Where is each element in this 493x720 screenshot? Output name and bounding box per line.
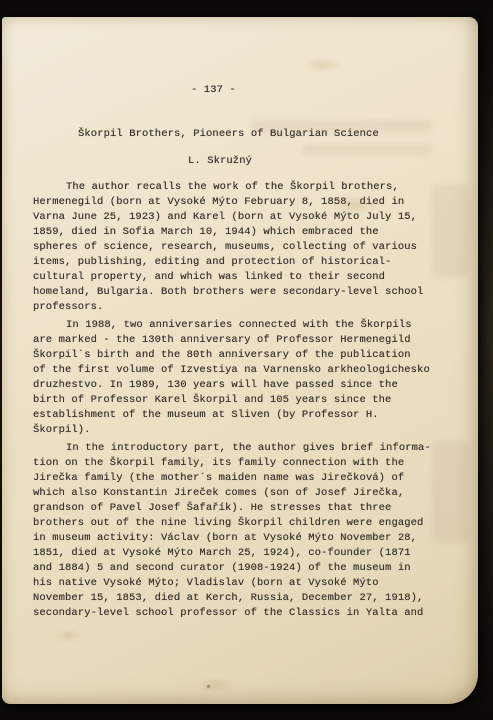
text-line: 1851, died at Vysoké Mýto March 25, 1924… <box>33 546 461 561</box>
text-line: Škorpil´s birth and the 80th anniversary… <box>33 348 461 363</box>
text-line: Škorpil). <box>33 423 461 438</box>
paragraph: In 1988, two anniversaries connected wit… <box>33 318 461 438</box>
text-line: birth of Professor Karel Škorpil and 105… <box>33 393 461 408</box>
paper-speck <box>207 685 210 688</box>
article-title: Škorpil Brothers, Pioneers of Bulgarian … <box>78 129 379 140</box>
text-line: and 1884) 5 and second curator (1908-192… <box>33 561 461 576</box>
text-line: tion on the Škorpil family, its family c… <box>33 456 461 471</box>
text-line: homeland, Bulgaria. Both brothers were s… <box>33 285 461 300</box>
paper-stain <box>198 677 232 693</box>
show-through-text-smudge <box>302 145 432 155</box>
paragraph: The author recalls the work of the Škorp… <box>33 180 461 315</box>
text-line: in museum activity: Václav (born at Vyso… <box>33 531 461 546</box>
paper-stain <box>54 629 82 642</box>
paragraph: In the introductory part, the author giv… <box>33 441 461 621</box>
text-line: cultural property, and which was linked … <box>33 270 461 285</box>
text-line: November 15, 1853, died at Kerch, Russia… <box>33 591 461 606</box>
text-line: of the first volume of Izvestiya na Varn… <box>33 363 461 378</box>
text-line: In 1988, two anniversaries connected wit… <box>33 318 461 333</box>
page-sheet: - 137 - Škorpil Brothers, Pioneers of Bu… <box>2 17 478 704</box>
text-line: Hermenegild (born at Vysoké Mýto Februar… <box>33 195 461 210</box>
text-line: In the introductory part, the author giv… <box>33 441 461 456</box>
text-line: brothers out of the nine living Škorpil … <box>33 516 461 531</box>
text-line: druzhestvo. In 1989, 130 years will have… <box>33 378 461 393</box>
text-line: are marked - the 130th anniversary of Pr… <box>33 333 461 348</box>
text-line: 1859, died in Sofia March 10, 1944) whic… <box>33 225 461 240</box>
text-line: establishment of the museum at Sliven (b… <box>33 408 461 423</box>
body-text: The author recalls the work of the Škorp… <box>33 180 461 624</box>
text-line: grandson of Pavel Josef Šafařík). He str… <box>33 501 461 516</box>
text-line: spheres of science, research, museums, c… <box>33 240 461 255</box>
page-number: - 137 - <box>191 85 236 96</box>
text-line: The author recalls the work of the Škorp… <box>33 180 461 195</box>
text-line: professors. <box>33 300 461 315</box>
text-line: secondary-level school professor of the … <box>33 606 461 621</box>
text-line: which also Konstantin Jireček comes (son… <box>33 486 461 501</box>
text-line: items, publishing, editing and protectio… <box>33 255 461 270</box>
text-line: Varna June 25, 1923) and Karel (born at … <box>33 210 461 225</box>
text-line: his native Vysoké Mýto; Vladislav (born … <box>33 576 461 591</box>
article-author: L. Skružný <box>188 156 252 167</box>
text-line: Jirečka family (the mother´s maiden name… <box>33 471 461 486</box>
paper-stain <box>302 57 342 73</box>
